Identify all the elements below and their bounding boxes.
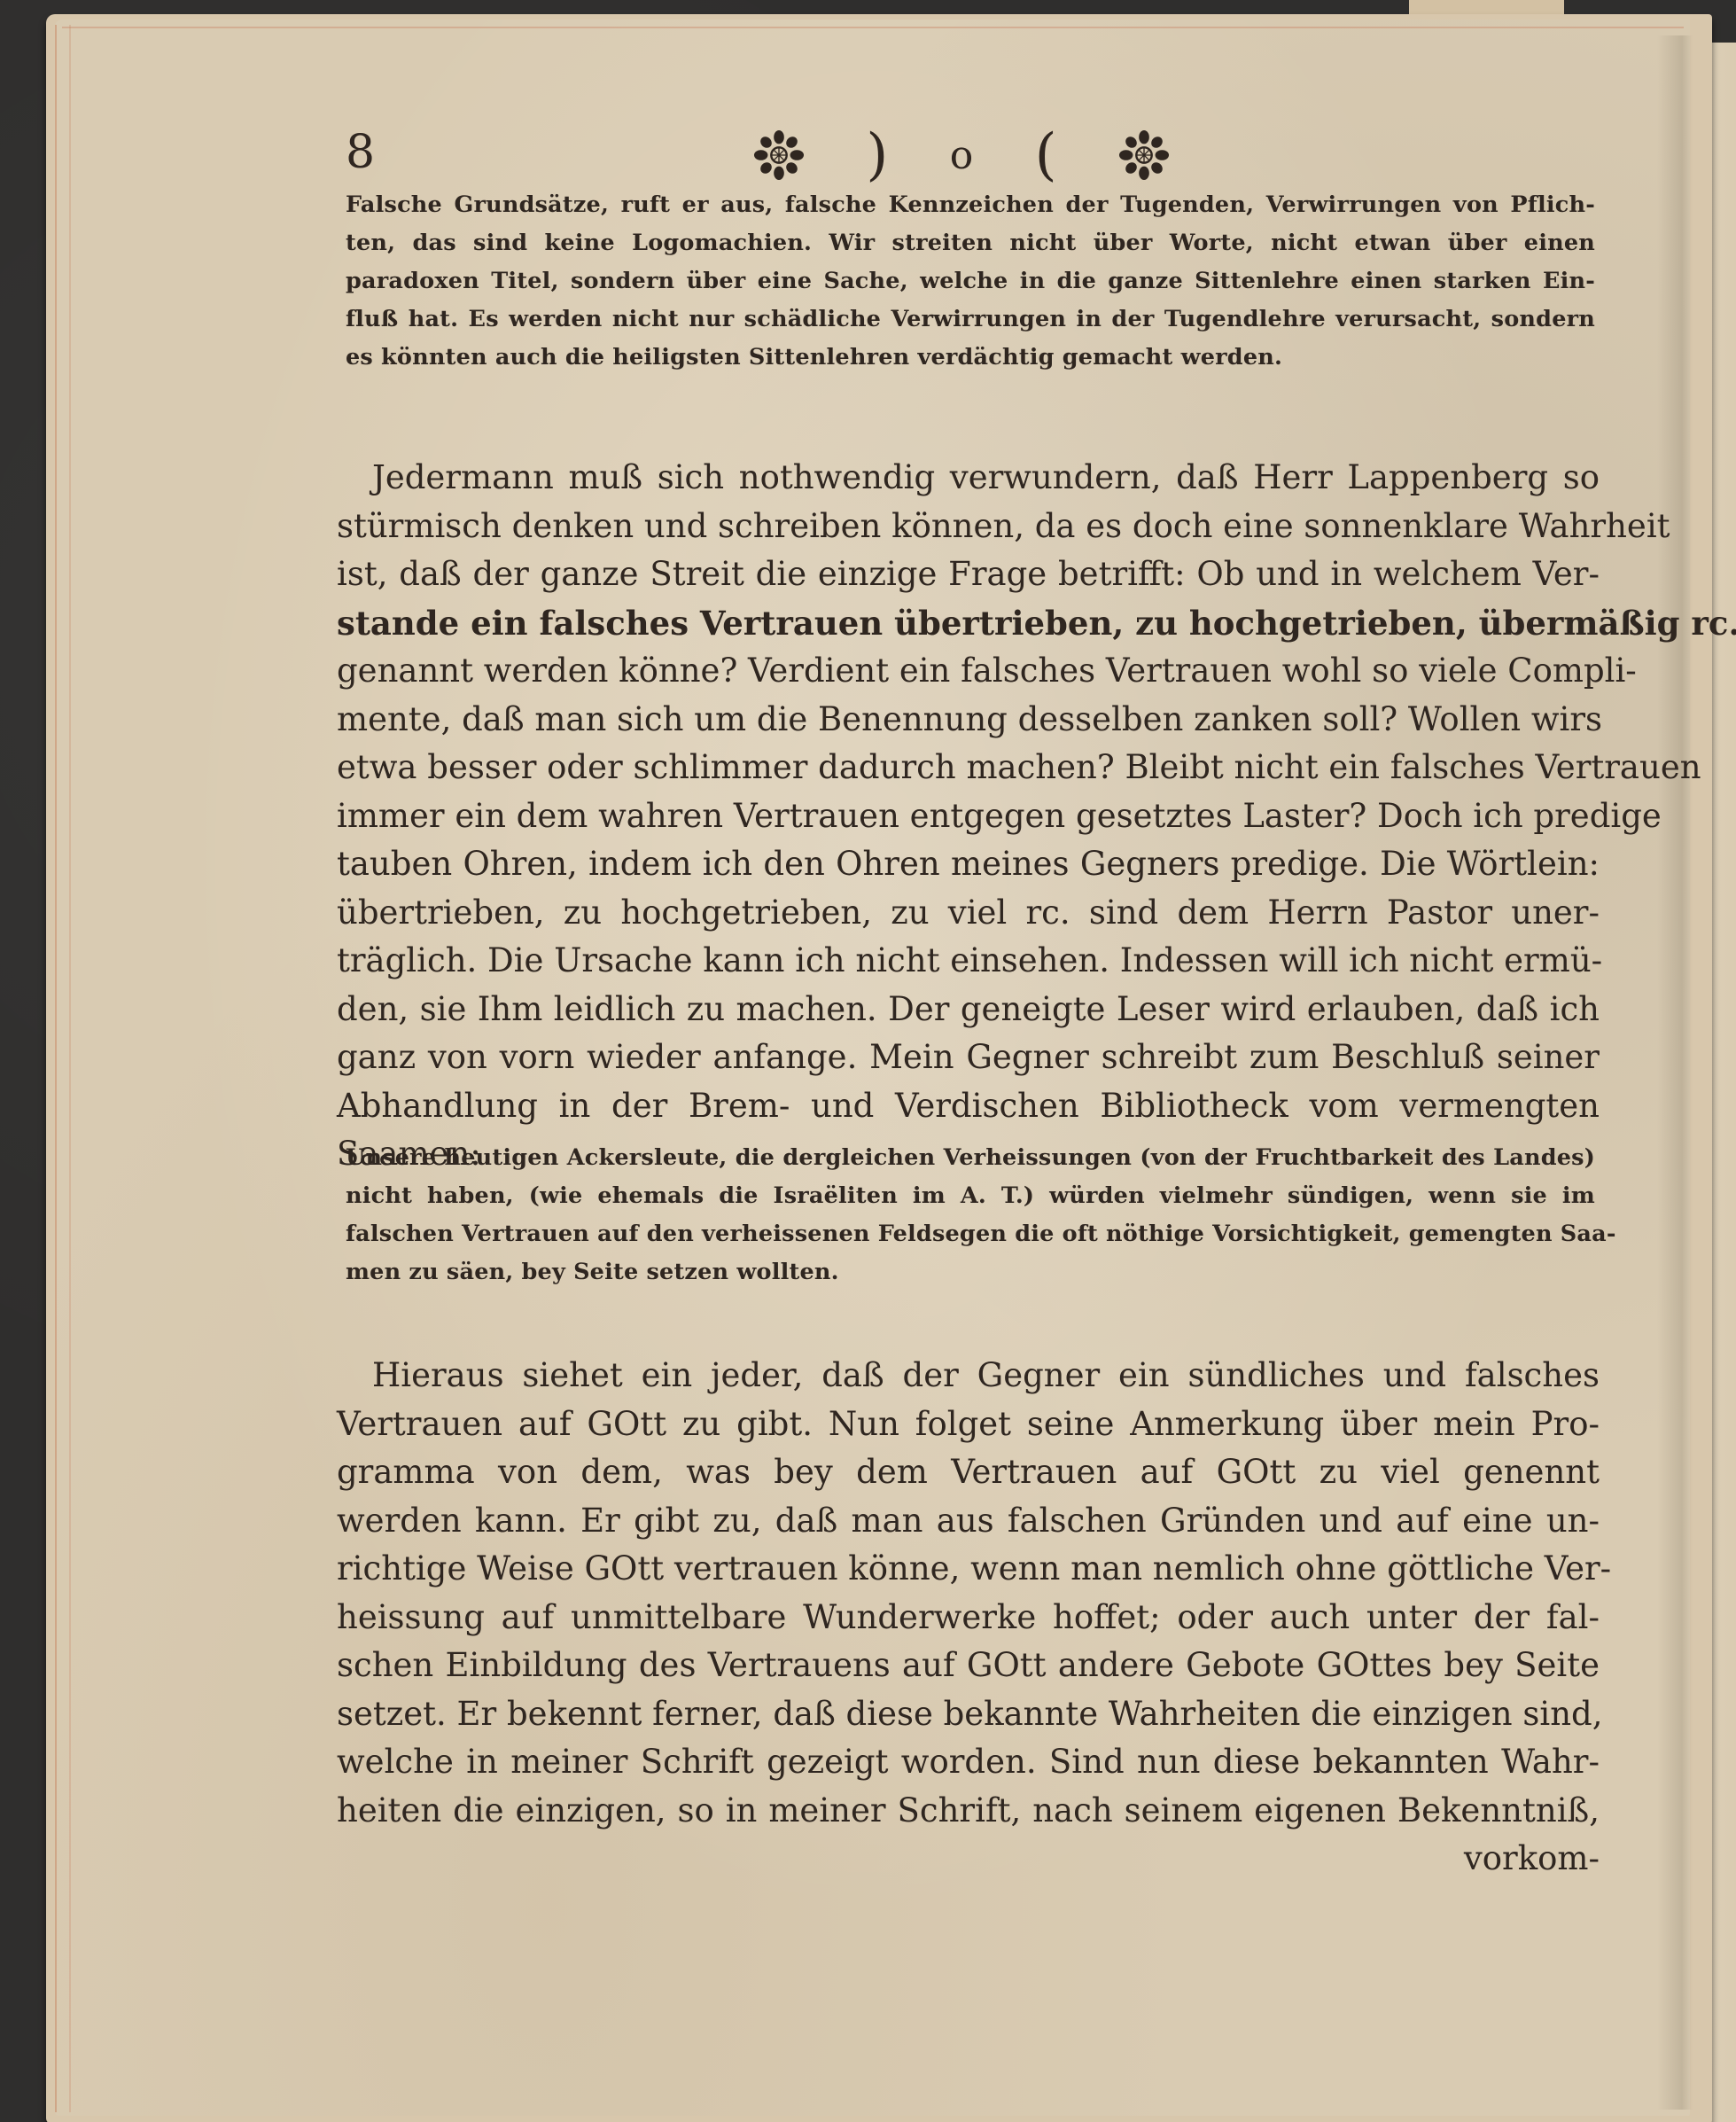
running-header: 8 ) o ( — [337, 124, 1595, 186]
text-line: nicht haben, (wie ehemals die Israëliten… — [346, 1177, 1595, 1215]
text-line: tauben Ohren, indem ich den Ohren meines… — [337, 840, 1600, 889]
text-line: es könnten auch die heiligsten Sittenleh… — [346, 339, 1595, 377]
rosette-icon — [753, 129, 805, 181]
ornament-paren-right: ) — [866, 127, 888, 183]
text-line: ganz von vorn wieder anfange. Mein Gegne… — [337, 1034, 1600, 1082]
text-line: schen Einbildung des Vertrauens auf GOtt… — [337, 1642, 1600, 1690]
text-line: etwa besser oder schlimmer dadurch mache… — [337, 744, 1600, 792]
text-line: Falsche Grundsätze, ruft er aus, falsche… — [346, 186, 1595, 224]
text-line: falschen Vertrauen auf den verheissenen … — [346, 1215, 1595, 1253]
text-line: Hieraus siehet ein jeder, daß der Gegner… — [337, 1352, 1600, 1400]
text-line: träglich. Die Ursache kann ich nicht ein… — [337, 937, 1600, 986]
text-line: übertrieben, zu hochgetrieben, zu viel r… — [337, 889, 1600, 938]
text-line: den, sie Ihm leidlich zu machen. Der gen… — [337, 986, 1600, 1034]
ornament-paren-left: ( — [1035, 127, 1057, 183]
text-line: stande ein falsches Vertrauen übertriebe… — [337, 599, 1600, 648]
text-line: mente, daß man sich um die Benennung des… — [337, 696, 1600, 745]
text-line: richtige Weise GOtt vertrauen könne, wen… — [337, 1545, 1600, 1594]
paragraph-2: Hieraus siehet ein jeder, daß der Gegner… — [337, 1352, 1600, 1884]
text-line: werden kann. Er gibt zu, daß man aus fal… — [337, 1497, 1600, 1546]
text-line: setzet. Er bekennt ferner, daß diese bek… — [337, 1690, 1600, 1739]
header-ornament: ) o ( — [753, 124, 1170, 186]
quote-block-2: Unsere heutigen Ackersleute, die derglei… — [346, 1139, 1595, 1291]
quote-block-1: Falsche Grundsätze, ruft er aus, falsche… — [346, 186, 1595, 377]
gutter-shadow — [1657, 35, 1693, 2110]
text-line: men zu säen, bey Seite setzen wollten. — [346, 1253, 1595, 1291]
text-line: Vertrauen auf GOtt zu gibt. Nun folget s… — [337, 1400, 1600, 1449]
text-line: Unsere heutigen Ackersleute, die derglei… — [346, 1139, 1595, 1177]
page-edge-top — [62, 27, 1684, 34]
text-line: paradoxen Titel, sondern über eine Sache… — [346, 262, 1595, 300]
text-line: genannt werden könne? Verdient ein falsc… — [337, 647, 1600, 696]
text-line: immer ein dem wahren Vertrauen entgegen … — [337, 792, 1600, 841]
rosette-icon — [1118, 129, 1170, 181]
text-line: ten, das sind keine Logomachien. Wir str… — [346, 224, 1595, 262]
text-line: stürmisch denken und schreiben können, d… — [337, 503, 1600, 551]
text-line: ist, daß der ganze Streit die einzige Fr… — [337, 550, 1600, 599]
text-line: welche in meiner Schrift gezeigt worden.… — [337, 1738, 1600, 1787]
text-line: gramma von dem, was bey dem Vertrauen au… — [337, 1448, 1600, 1497]
catchword: vorkom- — [337, 1835, 1600, 1884]
text-line: heissung auf unmittelbare Wunderwerke ho… — [337, 1594, 1600, 1642]
text-line: Jedermann muß sich nothwendig verwundern… — [337, 454, 1600, 503]
text-line: fluß hat. Es werden nicht nur schädliche… — [346, 300, 1595, 339]
text-line: heiten die einzigen, so in meiner Schrif… — [337, 1787, 1600, 1836]
ornament-circle: o — [950, 133, 974, 178]
page-edge-stain — [55, 25, 71, 2112]
text-line: Abhandlung in der Brem- und Verdischen B… — [337, 1082, 1600, 1131]
page-number: 8 — [346, 126, 375, 179]
paragraph-1: Jedermann muß sich nothwendig verwundern… — [337, 454, 1600, 1179]
